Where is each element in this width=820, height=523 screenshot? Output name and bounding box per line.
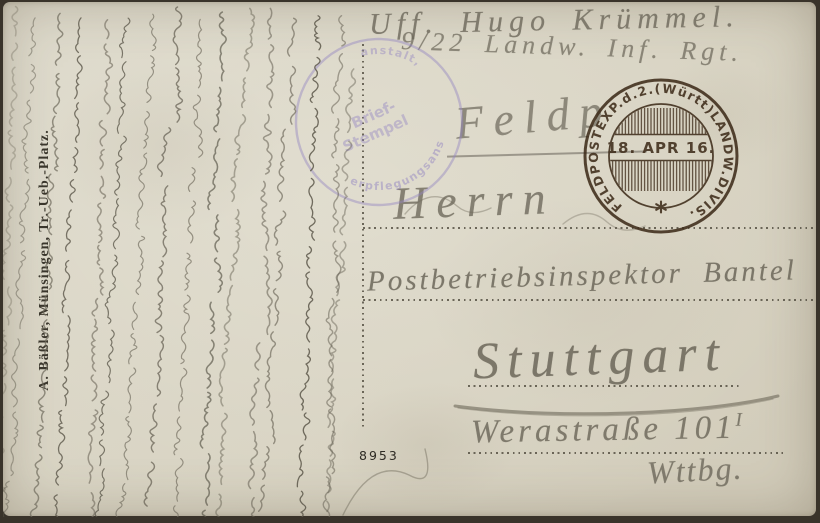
postcard-scan: { "colors": { "background": "#39332a", "… <box>0 0 820 523</box>
stuttgart-underline-swoosh <box>455 396 778 414</box>
postcard-back: A. Bäßler, Münsingen, Tr.-Ueb.-Platz. Uf… <box>3 2 816 516</box>
postmark-date: 18. APR 16. <box>607 139 716 157</box>
message-handwriting-scrawl <box>3 7 355 518</box>
censor-arc-top-text: anstalt, <box>357 24 427 87</box>
censor-stamp-icon: anstalt, erpflegungsans Brief- Stempel <box>269 12 488 231</box>
postmark-icon: 18. APR 16. FELDPOSTEXP.d.2.(Württ)LANDW… <box>585 80 737 232</box>
svg-text:anstalt,: anstalt, <box>357 24 427 87</box>
pencil-flourishes <box>343 197 778 515</box>
ink-overlay: anstalt, erpflegungsans Brief- Stempel <box>3 2 816 517</box>
